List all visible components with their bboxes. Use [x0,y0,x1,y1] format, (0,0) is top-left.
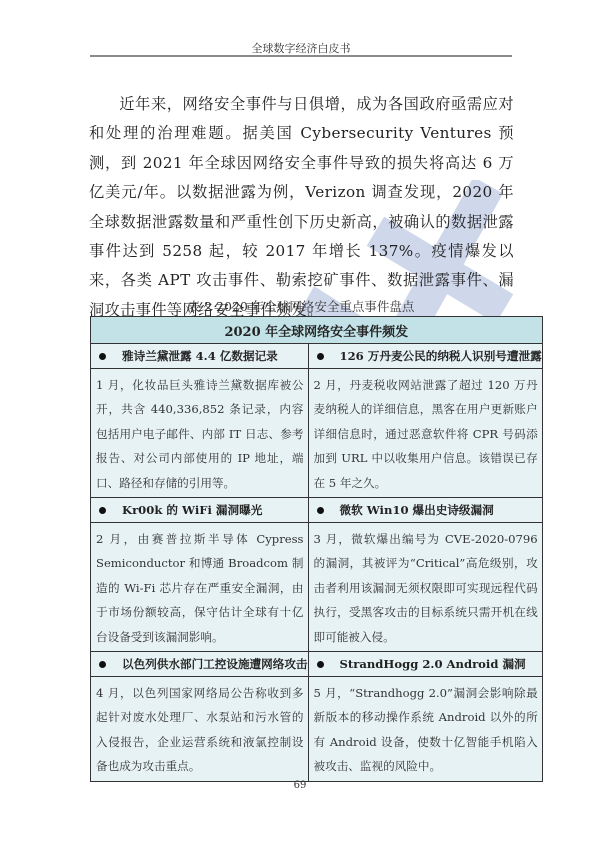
bullet-icon [99,507,106,514]
intro-paragraph: 近年来，网络安全事件与日俱增，成为各国政府亟需应对和处理的治理难题。据美国 Cy… [89,90,514,325]
event-description: 2 月，丹麦税收网站泄露了超过 120 万丹麦纳税人的详细信息，黑客在用户更新账… [309,369,542,497]
table-row: Kr00k 的 WiFi 漏洞曝光 2 月，由赛普拉斯半导体 Cypress S… [91,498,543,652]
table-row: 以色列供水部门工控设施遭网络攻击 4 月，以色列国家网络局公告称收到多起针对废水… [91,652,543,782]
table-caption: 表 2 2020 年全球网络安全重点事件盘点 [90,297,512,315]
event-title: 126 万丹麦公民的纳税人识别号遭泄露 [309,344,542,369]
event-cell: 以色列供水部门工控设施遭网络攻击 4 月，以色列国家网络局公告称收到多起针对废水… [91,652,309,782]
bullet-icon [99,353,106,360]
event-title: Kr00k 的 WiFi 漏洞曝光 [91,498,308,523]
event-title: 以色列供水部门工控设施遭网络攻击 [91,652,308,677]
event-description: 2 月，由赛普拉斯半导体 Cypress Semiconductor 和博通 B… [91,523,308,651]
event-cell: 微软 Win10 爆出史诗级漏洞 3 月，微软爆出编号为 CVE-2020-07… [308,498,542,652]
event-cell: StrandHogg 2.0 Android 漏洞 5 月，“Strandhog… [308,652,542,782]
event-description: 1 月，化妆品巨头雅诗兰黛数据库被公开，共含 440,336,852 条记录，内… [91,369,308,497]
event-title: 微软 Win10 爆出史诗级漏洞 [309,498,542,523]
bullet-icon [99,661,106,668]
event-description: 5 月，“Strandhogg 2.0”漏洞会影响除最新版本的移动操作系统 An… [309,677,542,781]
event-cell: Kr00k 的 WiFi 漏洞曝光 2 月，由赛普拉斯半导体 Cypress S… [91,498,309,652]
page-number: 69 [0,780,600,791]
event-title: 雅诗兰黛泄露 4.4 亿数据记录 [91,344,308,369]
table-row: 雅诗兰黛泄露 4.4 亿数据记录 1 月，化妆品巨头雅诗兰黛数据库被公开，共含 … [91,344,543,498]
event-cell: 126 万丹麦公民的纳税人识别号遭泄露 2 月，丹麦税收网站泄露了超过 120 … [308,344,542,498]
table-header: 2020 年全球网络安全事件频发 [91,317,543,344]
bullet-icon [317,353,324,360]
event-description: 4 月，以色列国家网络局公告称收到多起针对废水处理厂、水泵站和污水管的入侵报告，… [91,677,308,781]
bullet-icon [317,507,324,514]
events-table: 2020 年全球网络安全事件频发 雅诗兰黛泄露 4.4 亿数据记录 1 月，化妆… [90,316,543,782]
event-description: 3 月，微软爆出编号为 CVE-2020-0796 的漏洞，其被评为“Criti… [309,523,542,651]
bullet-icon [317,661,324,668]
header-rule [90,55,512,57]
event-title: StrandHogg 2.0 Android 漏洞 [309,652,542,677]
running-header: 全球数字经济白皮书 [90,40,512,56]
event-cell: 雅诗兰黛泄露 4.4 亿数据记录 1 月，化妆品巨头雅诗兰黛数据库被公开，共含 … [91,344,309,498]
body-text: 近年来，网络安全事件与日俱增，成为各国政府亟需应对和处理的治理难题。据美国 Cy… [89,90,514,325]
